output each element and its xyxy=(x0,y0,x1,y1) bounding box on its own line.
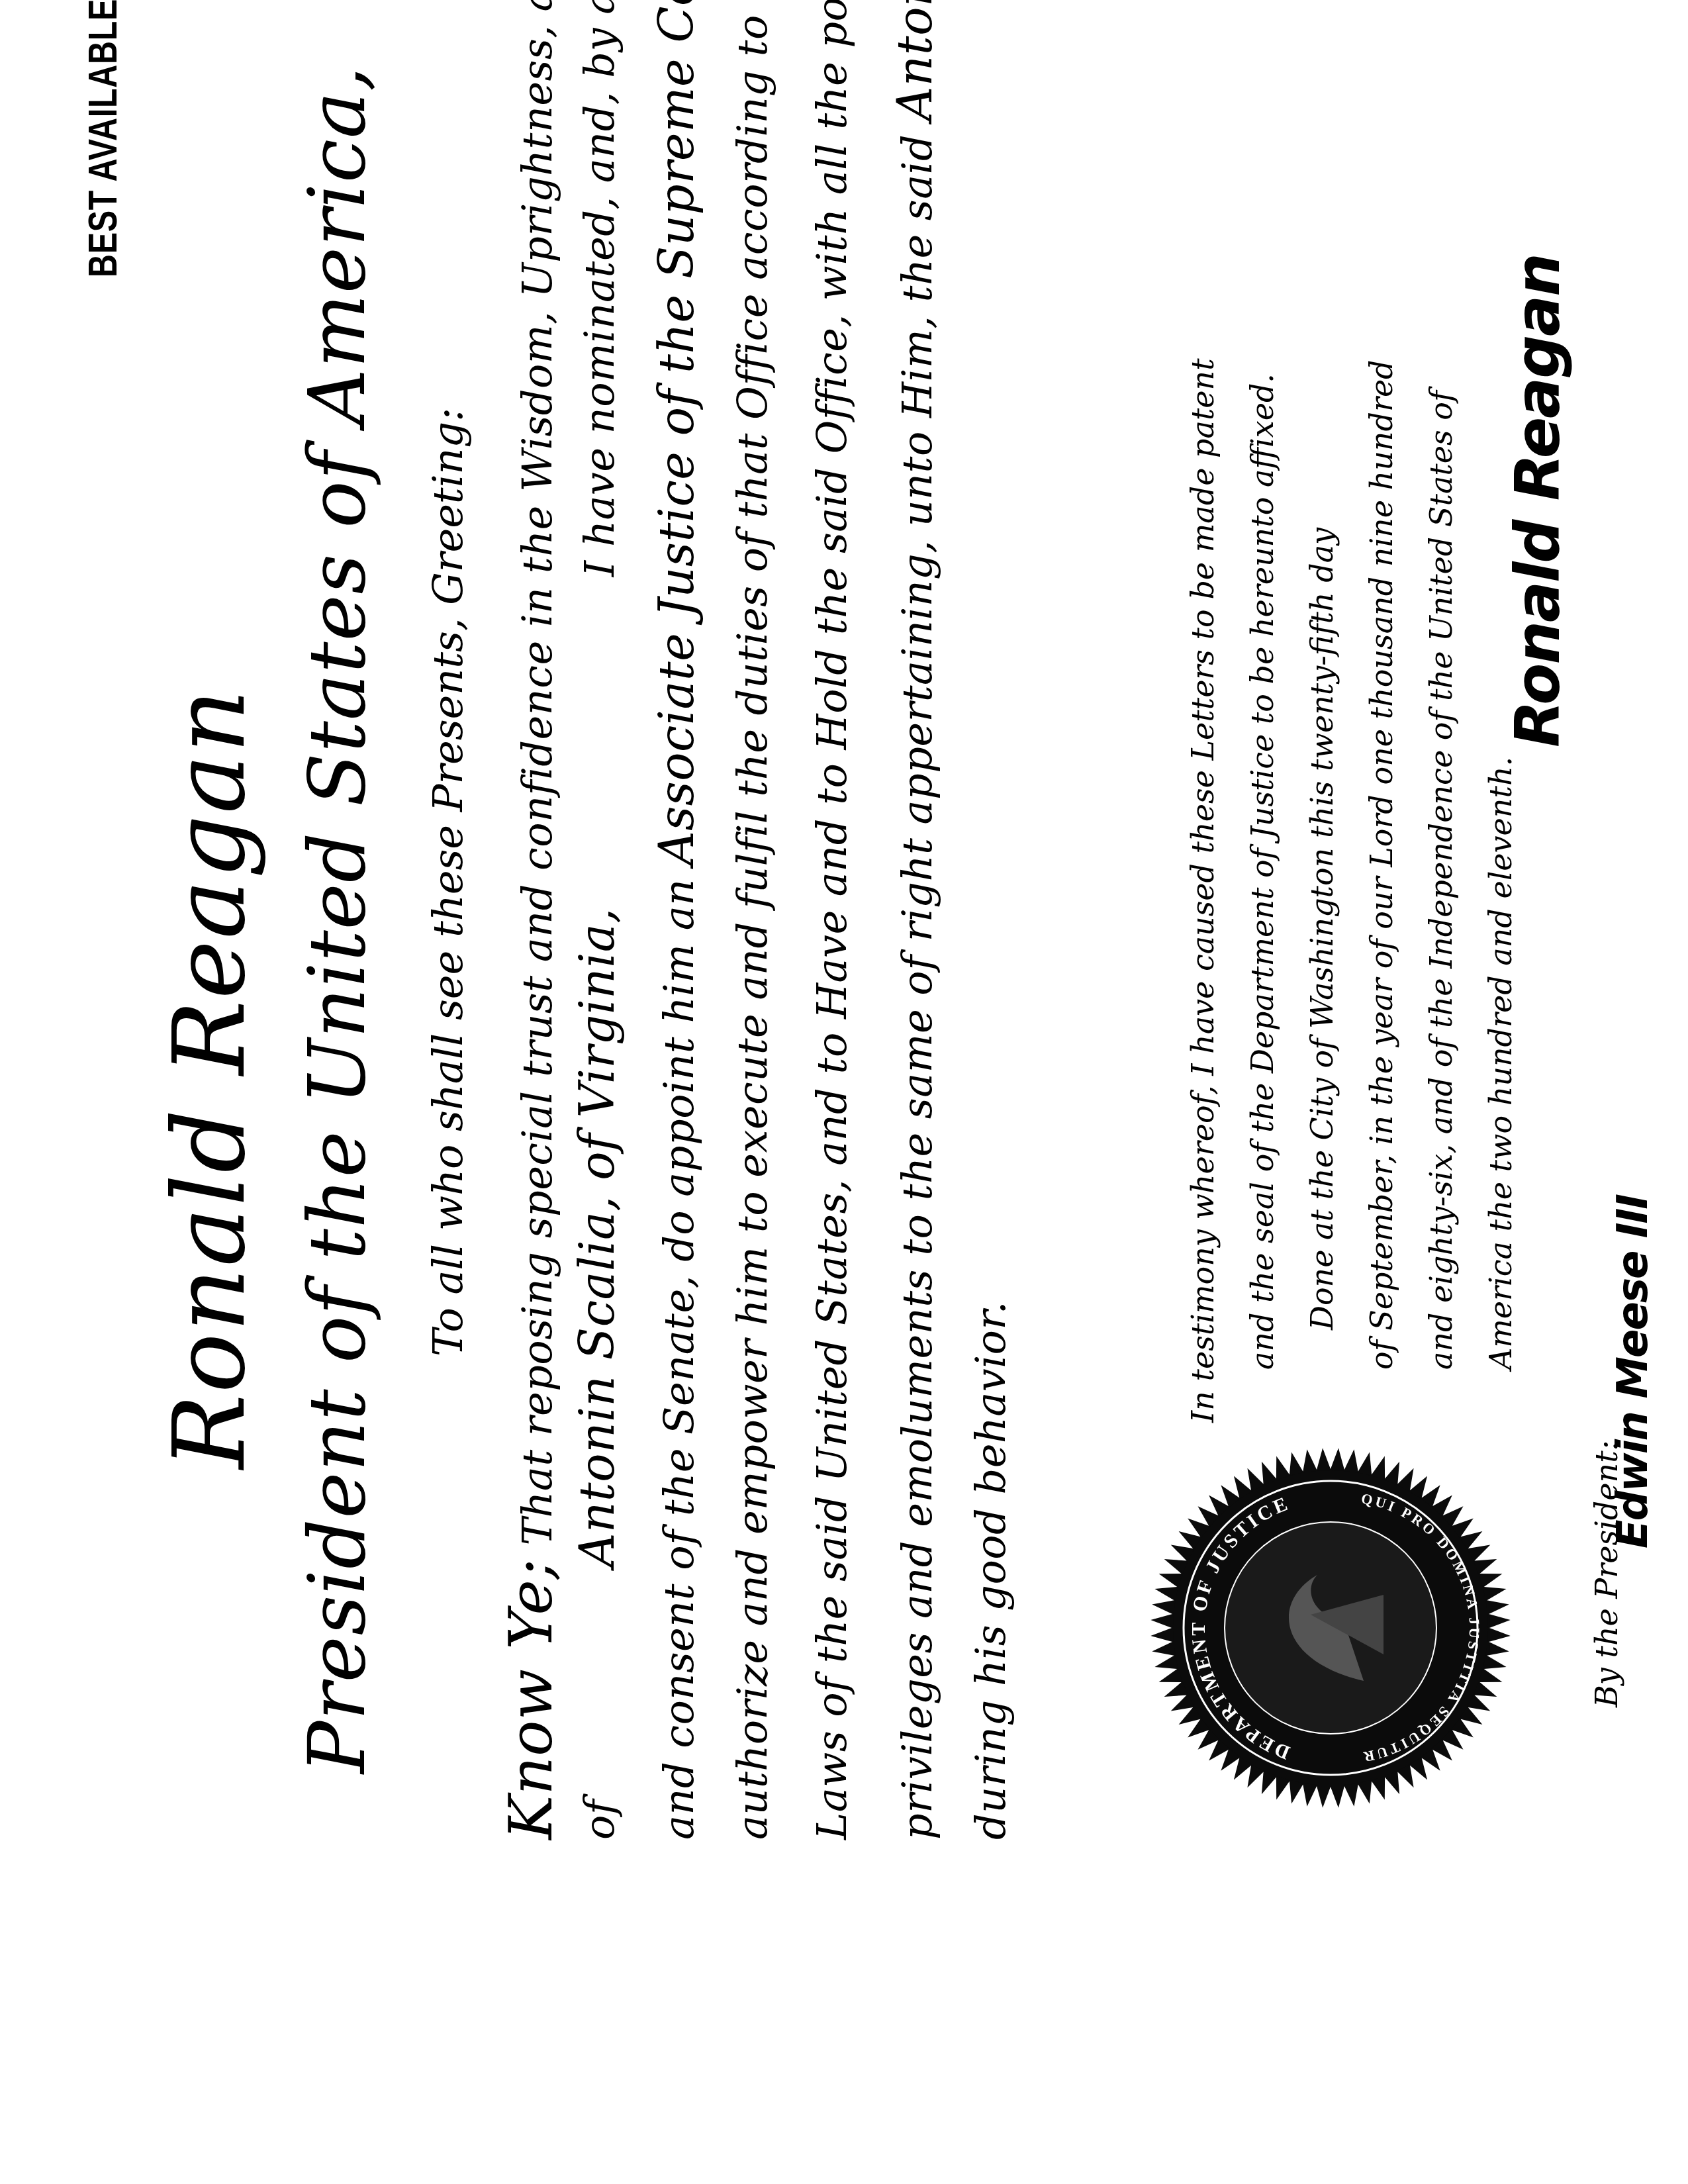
president-signature: Ronald Reagan xyxy=(1503,254,1573,747)
body-line-1: Know Ye; That reposing special trust and… xyxy=(496,0,566,1840)
seal-icon: DEPARTMENT OF JUSTICE QUI PRO DOMINA JUS… xyxy=(1145,1443,1516,1813)
testimony-line-5: and eighty-six, and of the Independence … xyxy=(1423,391,1459,1370)
body-line-6: privileges and emoluments to the same of… xyxy=(887,0,943,1840)
know-ye: Know Ye; xyxy=(496,1559,566,1840)
office-heading: President of the United States of Americ… xyxy=(291,66,383,1774)
body-line-4: authorize and empower him to execute and… xyxy=(728,0,776,1840)
commission-document: BEST AVAILABLE COPY Ronald Reagan Presid… xyxy=(0,0,1688,2184)
greeting-line: To all who shall see these Presents, Gre… xyxy=(424,408,472,1356)
body-line-7: during his good behavior. xyxy=(966,1301,1015,1840)
body-line-5: Laws of the said United States, and to H… xyxy=(808,0,856,1840)
attorney-general-signature: Edwin Meese III xyxy=(1609,1195,1658,1548)
body-line-2: of Antonin Scalia, of Virginia, I have n… xyxy=(569,0,625,1840)
nominee-name-repeat: Antonin Scalia xyxy=(887,0,943,121)
testimony-line-3: Done at the City of Washington this twen… xyxy=(1304,528,1340,1330)
testimony-line-1: In testimony whereof, I have caused thes… xyxy=(1185,358,1221,1423)
testimony-line-2: and the seal of the Department of Justic… xyxy=(1244,373,1280,1370)
nominee-name: Antonin Scalia, of Virginia, xyxy=(569,908,625,1567)
department-of-justice-seal: DEPARTMENT OF JUSTICE QUI PRO DOMINA JUS… xyxy=(1145,1443,1516,1813)
position-title: Associate Justice of the Supreme Court o… xyxy=(649,0,704,865)
testimony-line-4: of September, in the year of our Lord on… xyxy=(1364,359,1399,1370)
testimony-line-6: America the two hundred and eleventh. xyxy=(1483,757,1519,1370)
body-line-3: and consent of the Senate, do appoint hi… xyxy=(649,0,704,1840)
president-name-heading: Ronald Reagan xyxy=(152,688,267,1469)
best-available-copy-stamp: BEST AVAILABLE COPY xyxy=(79,0,126,277)
